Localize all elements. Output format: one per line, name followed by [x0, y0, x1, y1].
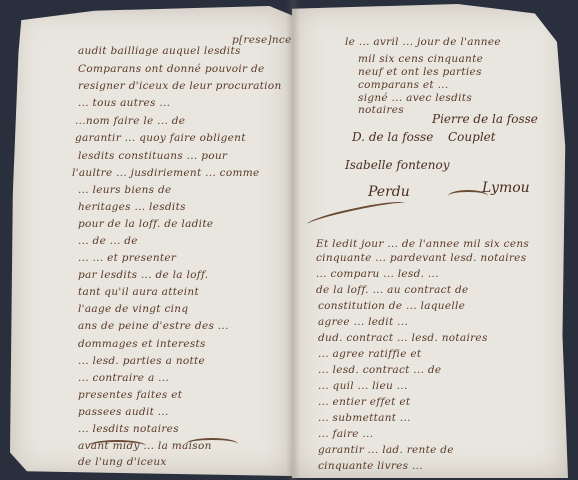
left-line: ... lesd. parties a notte [78, 355, 205, 367]
left-line: ... contraire a ... [78, 372, 169, 384]
signature: Isabelle fontenoy [345, 158, 449, 172]
signature: Pierre de la fosse [432, 112, 538, 126]
right-line: ... comparu ... lesd. ... [316, 268, 439, 280]
left-line: ans de peine d'estre des ... [78, 320, 229, 332]
right-line: constitution de ... laquelle [318, 300, 465, 312]
left-line: l'aage de vingt cinq [78, 303, 188, 315]
left-line: de l'ung d'iceux [78, 456, 167, 468]
flourish [448, 190, 488, 202]
left-line: ...nom faire le ... de [75, 115, 185, 127]
signature: Couplet [448, 130, 496, 144]
right-line: ... faire ... [318, 428, 373, 440]
left-line: ... leurs biens de [78, 184, 172, 196]
right-line: ... agree ratiffie et [318, 348, 421, 360]
right-line: ... submettant ... [318, 412, 411, 424]
left-line: dommages et interests [78, 338, 206, 350]
right-line: agree ... ledit ... [318, 316, 408, 328]
right-line: garantir ... lad. rente de [318, 444, 454, 456]
right-line: comparans et ... [358, 79, 449, 91]
right-line: mil six cens cinquante [358, 53, 483, 65]
left-line: ... de ... de [78, 235, 138, 247]
left-line: resigner d'iceux de leur procuration [78, 80, 282, 92]
left-line: audit bailliage auquel lesdits [78, 45, 241, 57]
book-gutter [286, 0, 300, 480]
right-line: de la loff. ... au contract de [316, 284, 469, 296]
signature: Perdu [368, 184, 410, 200]
signature: Lymou [482, 180, 530, 196]
left-line: par lesdits ... de la loff. [78, 269, 208, 281]
right-line: neuf et ont les parties [358, 66, 482, 78]
left-line: garantir ... quoy faire obligent [75, 132, 246, 144]
left-line: lesdits constituans ... pour [78, 150, 227, 162]
right-line: signé ... avec lesdits [358, 92, 472, 104]
signature: D. de la fosse [352, 130, 433, 144]
right-line: dud. contract ... lesd. notaires [318, 332, 488, 344]
left-line: ... tous autres ... [78, 97, 170, 109]
left-line: pour de la loff. de ladite [78, 218, 213, 230]
left-line: tant qu'il aura atteint [78, 286, 199, 298]
right-line: notaires [358, 104, 404, 116]
right-line: ... entier effet et [318, 396, 410, 408]
left-line: Comparans ont donné pouvoir de [78, 63, 265, 75]
right-line: cinquante ... pardevant lesd. notaires [316, 252, 526, 264]
right-line: ... lesd. contract ... de [318, 364, 441, 376]
left-line: l'aultre ... jusdiriement ... comme [72, 167, 260, 179]
left-line: passees audit ... [78, 406, 169, 418]
right-line: le ... avril ... jour de l'annee [345, 36, 501, 48]
flourish [88, 440, 146, 452]
right-line: ... quil ... lieu ... [318, 380, 408, 392]
right-line: cinquante livres ... [318, 460, 423, 472]
left-line: ... ... et presenter [78, 252, 176, 264]
left-line: ... lesdits notaires [78, 423, 179, 435]
left-line: heritages ... lesdits [78, 201, 186, 213]
left-line: presentes faites et [78, 389, 182, 401]
right-line: Et ledit jour ... de l'annee mil six cen… [316, 238, 529, 250]
flourish [186, 438, 238, 450]
